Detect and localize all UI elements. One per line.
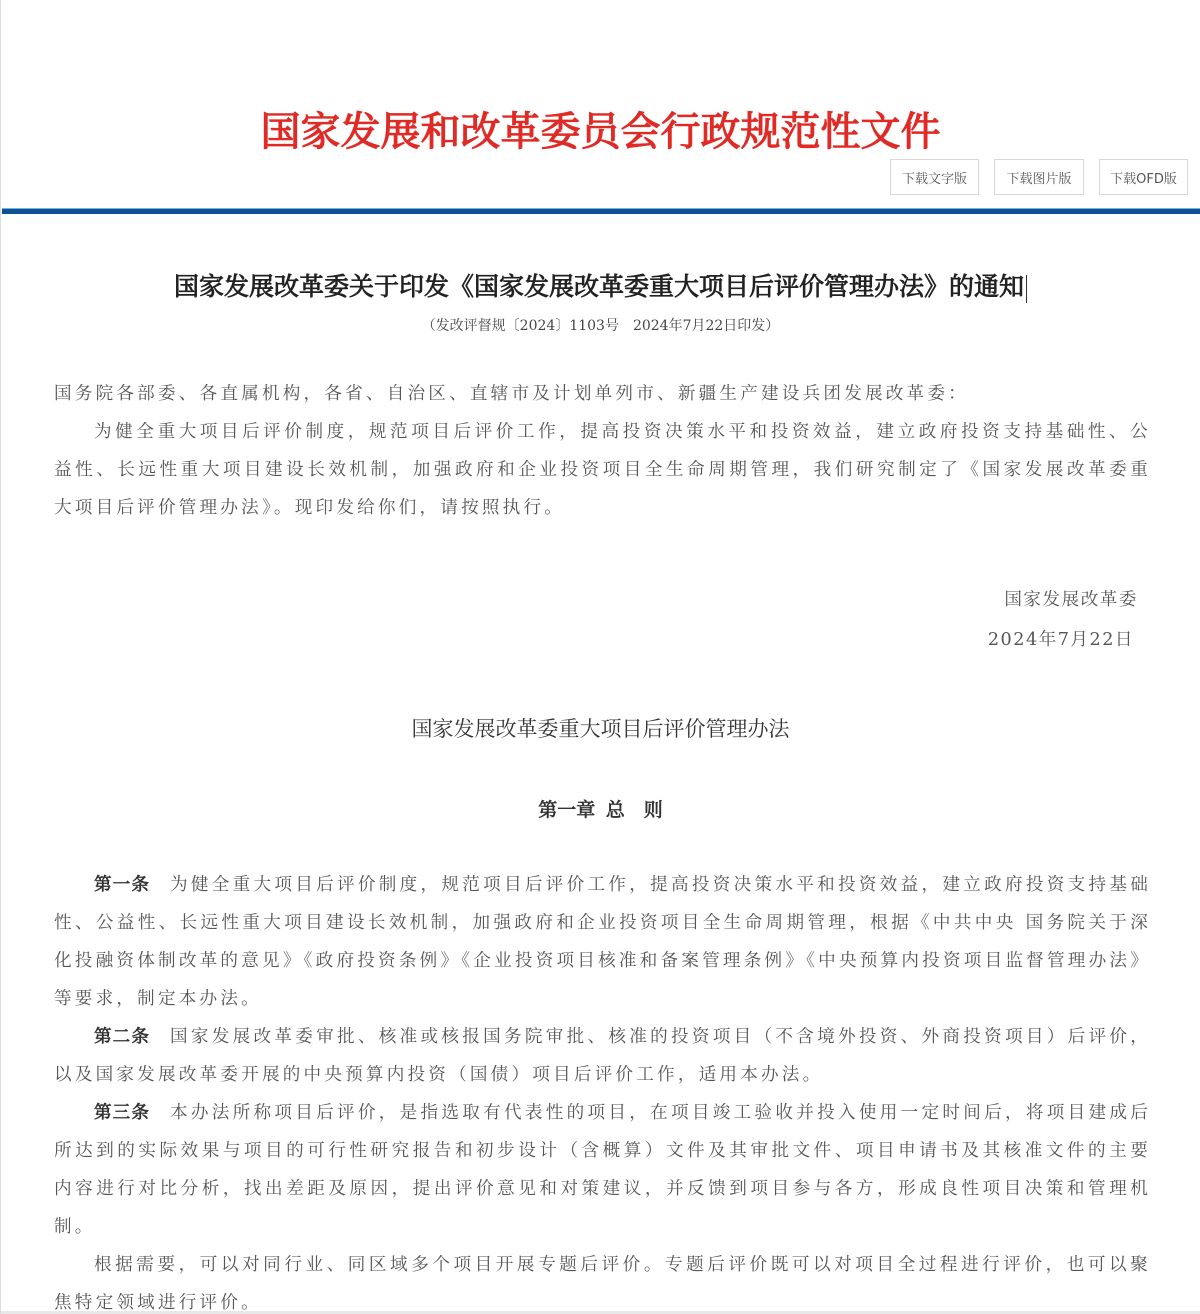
article-text: 本办法所称项目后评价，是指选取有代表性的项目，在项目竣工验收并投入使用一定时间后… xyxy=(54,1103,1151,1237)
download-image-version-button[interactable]: 下载图片版 xyxy=(994,159,1084,195)
download-bar: 下载文字版 下载图片版 下载OFD版 xyxy=(890,159,1188,195)
article-2: 第二条国家发展改革委审批、核准或核报国务院审批、核准的投资项目（不含境外投资、外… xyxy=(54,1018,1151,1094)
article-text: 为健全重大项目后评价制度，规范项目后评价工作，提高投资决策水平和投资效益，建立政… xyxy=(54,875,1151,1009)
page-header: 国家发展和改革委员会行政规范性文件 下载文字版 下载图片版 下载OFD版 xyxy=(1,0,1200,210)
notice-title-text: 国家发展改革委关于印发《国家发展改革委重大项目后评价管理办法》的通知 xyxy=(174,272,1024,301)
articles: 第一条为健全重大项目后评价制度，规范项目后评价工作，提高投资决策水平和投资效益，… xyxy=(54,866,1151,1314)
addressee: 国务院各部委、各直属机构，各省、自治区、直辖市及计划单列市、新疆生产建设兵团发展… xyxy=(54,375,1151,413)
document-number: （发改评督规〔2024〕1103号 2024年7月22日印发） xyxy=(1,315,1200,335)
chapter-title: 第一章 总 则 xyxy=(1,795,1200,822)
notice-title: 国家发展改革委关于印发《国家发展改革委重大项目后评价管理办法》的通知 xyxy=(1,267,1200,303)
article-text: 国家发展改革委审批、核准或核报国务院审批、核准的投资项目（不含境外投资、外商投资… xyxy=(54,1027,1151,1085)
attachment-title: 国家发展改革委重大项目后评价管理办法 xyxy=(1,713,1200,743)
article-3: 第三条本办法所称项目后评价，是指选取有代表性的项目，在项目竣工验收并投入使用一定… xyxy=(54,1094,1151,1246)
download-text-version-button[interactable]: 下载文字版 xyxy=(890,159,979,195)
addressee-text: 国务院各部委、各直属机构，各省、自治区、直辖市及计划单列市、新疆生产建设兵团发展… xyxy=(54,375,1151,413)
article-1: 第一条为健全重大项目后评价制度，规范项目后评价工作，提高投资决策水平和投资效益，… xyxy=(54,866,1151,1018)
article-label: 第一条 xyxy=(94,875,150,895)
download-ofd-version-button[interactable]: 下载OFD版 xyxy=(1099,159,1188,195)
text-cursor xyxy=(1026,275,1027,303)
intro-text: 为健全重大项目后评价制度，规范项目后评价工作，提高投资决策水平和投资效益，建立政… xyxy=(54,413,1151,527)
header-divider xyxy=(2,208,1200,214)
intro-paragraph: 为健全重大项目后评价制度，规范项目后评价工作，提高投资决策水平和投资效益，建立政… xyxy=(54,413,1151,527)
article-3-extra: 根据需要，可以对同行业、同区域多个项目开展专题后评价。专题后评价既可以对项目全过… xyxy=(54,1246,1151,1314)
article-label: 第三条 xyxy=(94,1103,150,1123)
banner-title: 国家发展和改革委员会行政规范性文件 xyxy=(1,106,1200,158)
signature-date: 2024年7月22日 xyxy=(988,617,1134,663)
article-label: 第二条 xyxy=(94,1027,150,1047)
